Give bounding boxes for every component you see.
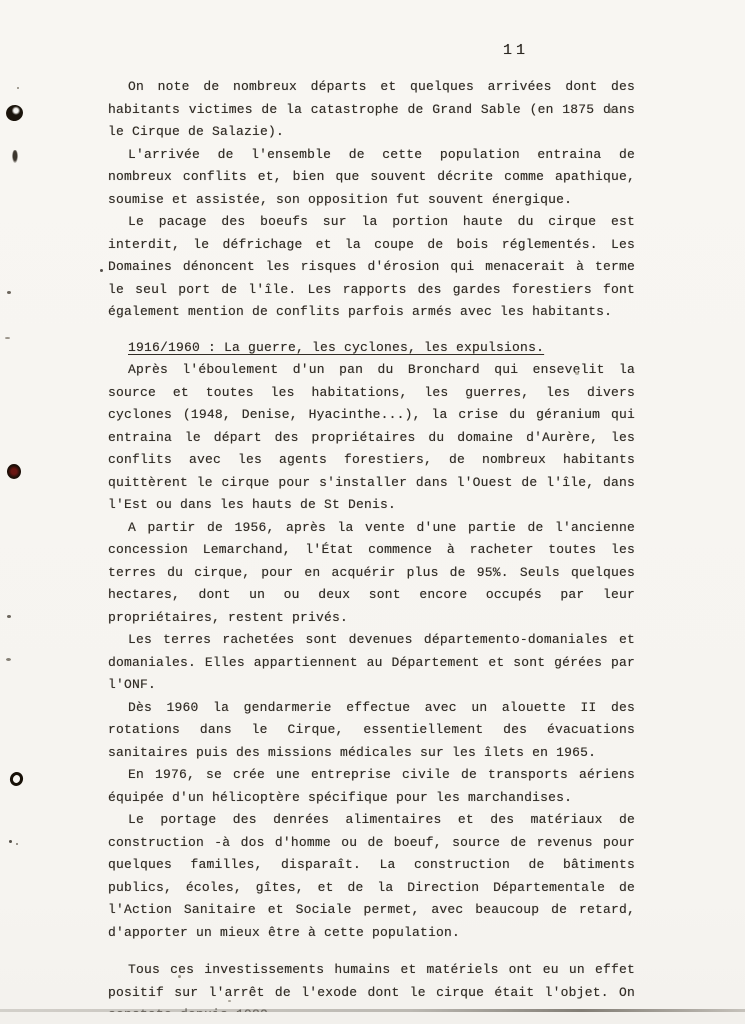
ink-blot-artifact [4,103,25,123]
paragraph: En 1976, se crée une entreprise civile d… [108,764,635,809]
scan-speck [228,1000,231,1002]
scan-speck [5,337,10,339]
paragraph: Le pacage des boeufs sur la portion haut… [108,211,635,324]
ink-blot-artifact [7,464,21,479]
scan-speck [6,658,11,661]
scan-speck [178,975,181,978]
paragraph: Le portage des denrées alimentaires et d… [108,809,635,944]
page-edge-shadow [0,1012,745,1024]
paragraph: A partir de 1956, après la vente d'une p… [108,517,635,630]
section-heading-text: 1916/1960 : La guerre, les cyclones, les… [128,340,544,355]
scan-speck [575,372,579,375]
scan-speck [16,843,18,845]
paragraph: L'arrivée de l'ensemble de cette populat… [108,144,635,212]
ink-smudge-artifact [12,150,18,163]
paragraph: Après l'éboulement d'un pan du Bronchard… [108,359,635,517]
scan-speck [7,291,11,294]
scan-speck [17,87,19,89]
scan-speck [9,840,12,843]
scan-speck [100,269,103,272]
document-page: 11 On note de nombreux départs et quelqu… [0,0,745,1024]
paragraph: Les terres rachetées sont devenues dépar… [108,629,635,697]
paragraph: Dès 1960 la gendarmerie effectue avec un… [108,697,635,765]
page-number: 11 [503,42,529,59]
text-block: On note de nombreux départs et quelques … [108,76,635,1024]
paragraph: On note de nombreux départs et quelques … [108,76,635,144]
scan-speck [7,615,11,618]
section-heading: 1916/1960 : La guerre, les cyclones, les… [108,337,635,360]
ink-ring-artifact [8,770,25,788]
